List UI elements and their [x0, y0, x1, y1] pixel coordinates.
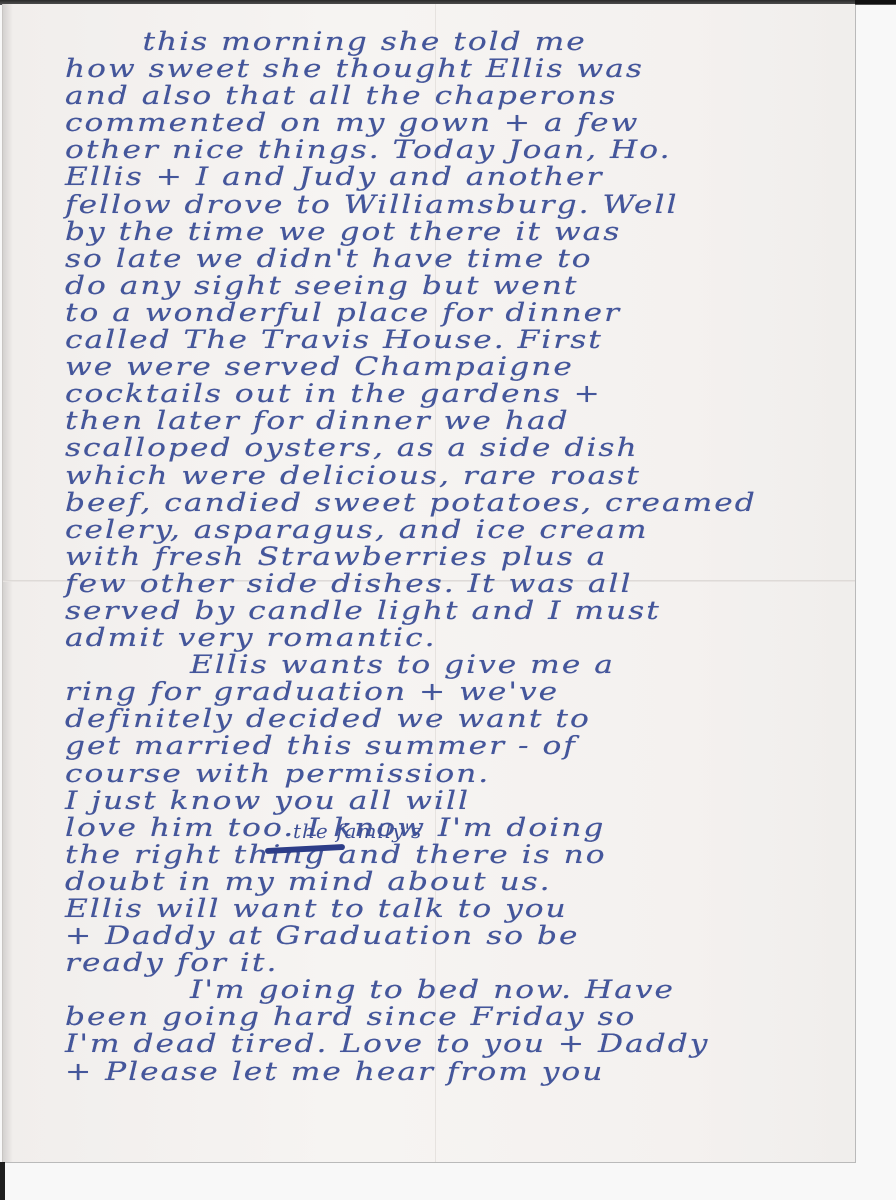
letter-line: love him too. I know I'm doing: [65, 814, 896, 841]
letter-line: Ellis wants to give me a: [65, 651, 896, 678]
letter-line: ready for it.: [65, 949, 896, 976]
letter-line: Ellis will want to talk to you: [65, 895, 896, 922]
letter-line: I'm dead tired. Love to you + Daddy: [65, 1030, 896, 1057]
letter-line: other nice things. Today Joan, Ho.: [65, 136, 896, 163]
letter-line: few other side dishes. It was all: [65, 570, 896, 597]
letter-line: I just know you all will: [65, 787, 896, 814]
letter-line: served by candle light and I must: [65, 597, 896, 624]
letter-line: definitely decided we want to: [65, 705, 896, 732]
letter-line: called The Travis House. First: [65, 326, 896, 353]
letter-line: how sweet she thought Ellis was: [65, 55, 896, 82]
scanned-page: this morning she told me how sweet she t…: [0, 0, 896, 1200]
letter-line: to a wonderful place for dinner: [65, 299, 896, 326]
letter-paper: this morning she told me how sweet she t…: [2, 4, 855, 1162]
scanner-edge-top-right: [855, 0, 896, 4]
letter-line: Ellis + I and Judy and another: [65, 163, 896, 190]
letter-line: doubt in my mind about us.: [65, 868, 896, 895]
letter-line: I'm going to bed now. Have: [65, 976, 896, 1003]
letter-line: celery, asparagus, and ice cream: [65, 516, 896, 543]
letter-line: commented on my gown + a few: [65, 109, 896, 136]
letter-line: this morning she told me: [65, 28, 896, 55]
letter-line: beef, candied sweet potatoes, creamed: [65, 489, 896, 516]
letter-line: with fresh Strawberries plus a: [65, 543, 896, 570]
letter-line: we were served Champaigne: [65, 353, 896, 380]
letter-line: do any sight seeing but went: [65, 272, 896, 299]
handwritten-insertion: the family's: [293, 819, 422, 843]
letter-line: fellow drove to Williamsburg. Well: [65, 191, 896, 218]
letter-line: and also that all the chaperons: [65, 82, 896, 109]
letter-line: been going hard since Friday so: [65, 1003, 896, 1030]
letter-line: admit very romantic.: [65, 624, 896, 651]
paper-edge-shadow: [3, 4, 13, 1162]
letter-line: then later for dinner we had: [65, 407, 896, 434]
letter-line: the right thing and there is no: [65, 841, 896, 868]
letter-body: this morning she told me how sweet she t…: [65, 28, 825, 1085]
letter-line: by the time we got there it was: [65, 218, 896, 245]
letter-line: course with permission.: [65, 760, 896, 787]
letter-line: which were delicious, rare roast: [65, 462, 896, 489]
letter-line: cocktails out in the gardens +: [65, 380, 896, 407]
letter-line: get married this summer - of: [65, 732, 896, 759]
letter-line: + Daddy at Graduation so be: [65, 922, 896, 949]
letter-line: scalloped oysters, as a side dish: [65, 434, 896, 461]
letter-line: ring for graduation + we've: [65, 678, 896, 705]
letter-line: so late we didn't have time to: [65, 245, 896, 272]
scanner-edge-left: [0, 1162, 5, 1200]
letter-line: + Please let me hear from you: [65, 1058, 896, 1085]
